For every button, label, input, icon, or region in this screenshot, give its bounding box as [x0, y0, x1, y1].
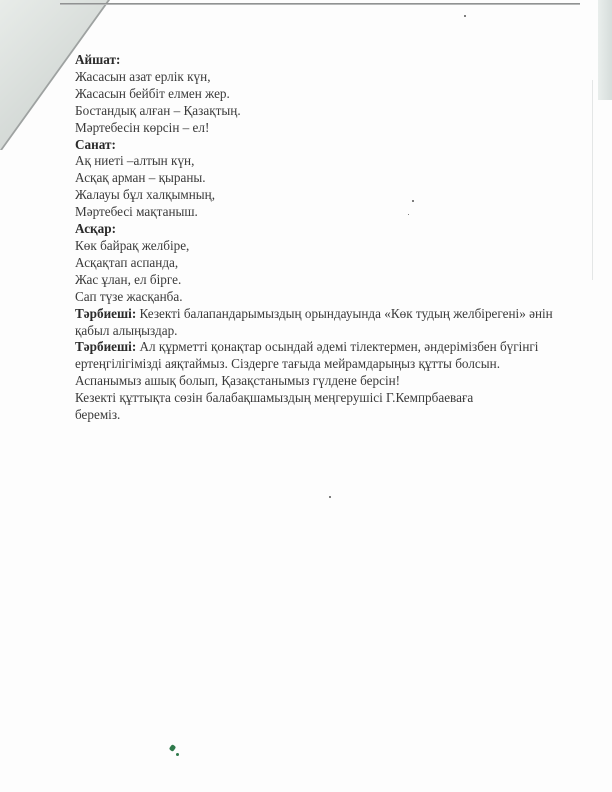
verse-line: Асқақ арман – қыраны. — [75, 170, 565, 187]
verse-line: Жасасын азат ерлік күн, — [75, 69, 565, 86]
teacher-paragraph: Тәрбиеші: Кезекті балапандарымыздың орын… — [75, 306, 565, 340]
green-ink-mark — [169, 744, 177, 752]
verse-line: Ақ ниеті –алтын күн, — [75, 153, 565, 170]
verse-line: Асқақтап аспанда, — [75, 255, 565, 272]
speaker-name: Айшат: — [75, 52, 565, 69]
speaker-name: Тәрбиеші: — [75, 306, 136, 321]
speaker-name: Асқар: — [75, 221, 565, 238]
document-body: Айшат: Жасасын азат ерлік күн, Жасасын б… — [75, 52, 565, 424]
verse-block-askar: Асқар: Көк байрақ желбіре, Асқақтап аспа… — [75, 221, 565, 306]
verse-line: Жасасын бейбіт елмен жер. — [75, 86, 565, 103]
teacher-paragraph: Тәрбиеші: Ал құрметті қонақтар осындай ә… — [75, 339, 565, 390]
verse-line: Жас ұлан, ел бірге. — [75, 272, 565, 289]
closing-line: береміз. — [75, 407, 565, 424]
scan-speck — [408, 214, 409, 215]
verse-line: Жалауы бұл халқымның, — [75, 187, 565, 204]
speaker-name: Тәрбиеші: — [75, 339, 136, 354]
verse-line: Мәртебесін көрсін – ел! — [75, 120, 565, 137]
verse-block-sanat: Санат: Ақ ниеті –алтын күн, Асқақ арман … — [75, 137, 565, 222]
scan-speck — [329, 496, 331, 498]
closing-line: Кезекті құттықта сөзін балабақшамыздың м… — [75, 390, 565, 407]
scan-top-edge — [60, 3, 580, 5]
green-ink-dot — [176, 753, 179, 756]
scan-right-edge — [598, 0, 612, 100]
scan-speck — [412, 200, 414, 202]
verse-line: Мәртебесі мақтаныш. — [75, 204, 565, 221]
scan-speck — [464, 15, 466, 17]
verse-block-aishat: Айшат: Жасасын азат ерлік күн, Жасасын б… — [75, 52, 565, 137]
paragraph-text: Ал құрметті қонақтар осындай әдемі тілек… — [75, 339, 538, 388]
speaker-name: Санат: — [75, 137, 565, 154]
verse-line: Бостандық алған – Қазақтың. — [75, 103, 565, 120]
verse-line: Көк байрақ желбіре, — [75, 238, 565, 255]
verse-line: Сап түзе жасқанба. — [75, 289, 565, 306]
paragraph-text: Кезекті балапандарымыздың орындауында «К… — [75, 306, 553, 338]
scan-right-line — [592, 80, 593, 280]
